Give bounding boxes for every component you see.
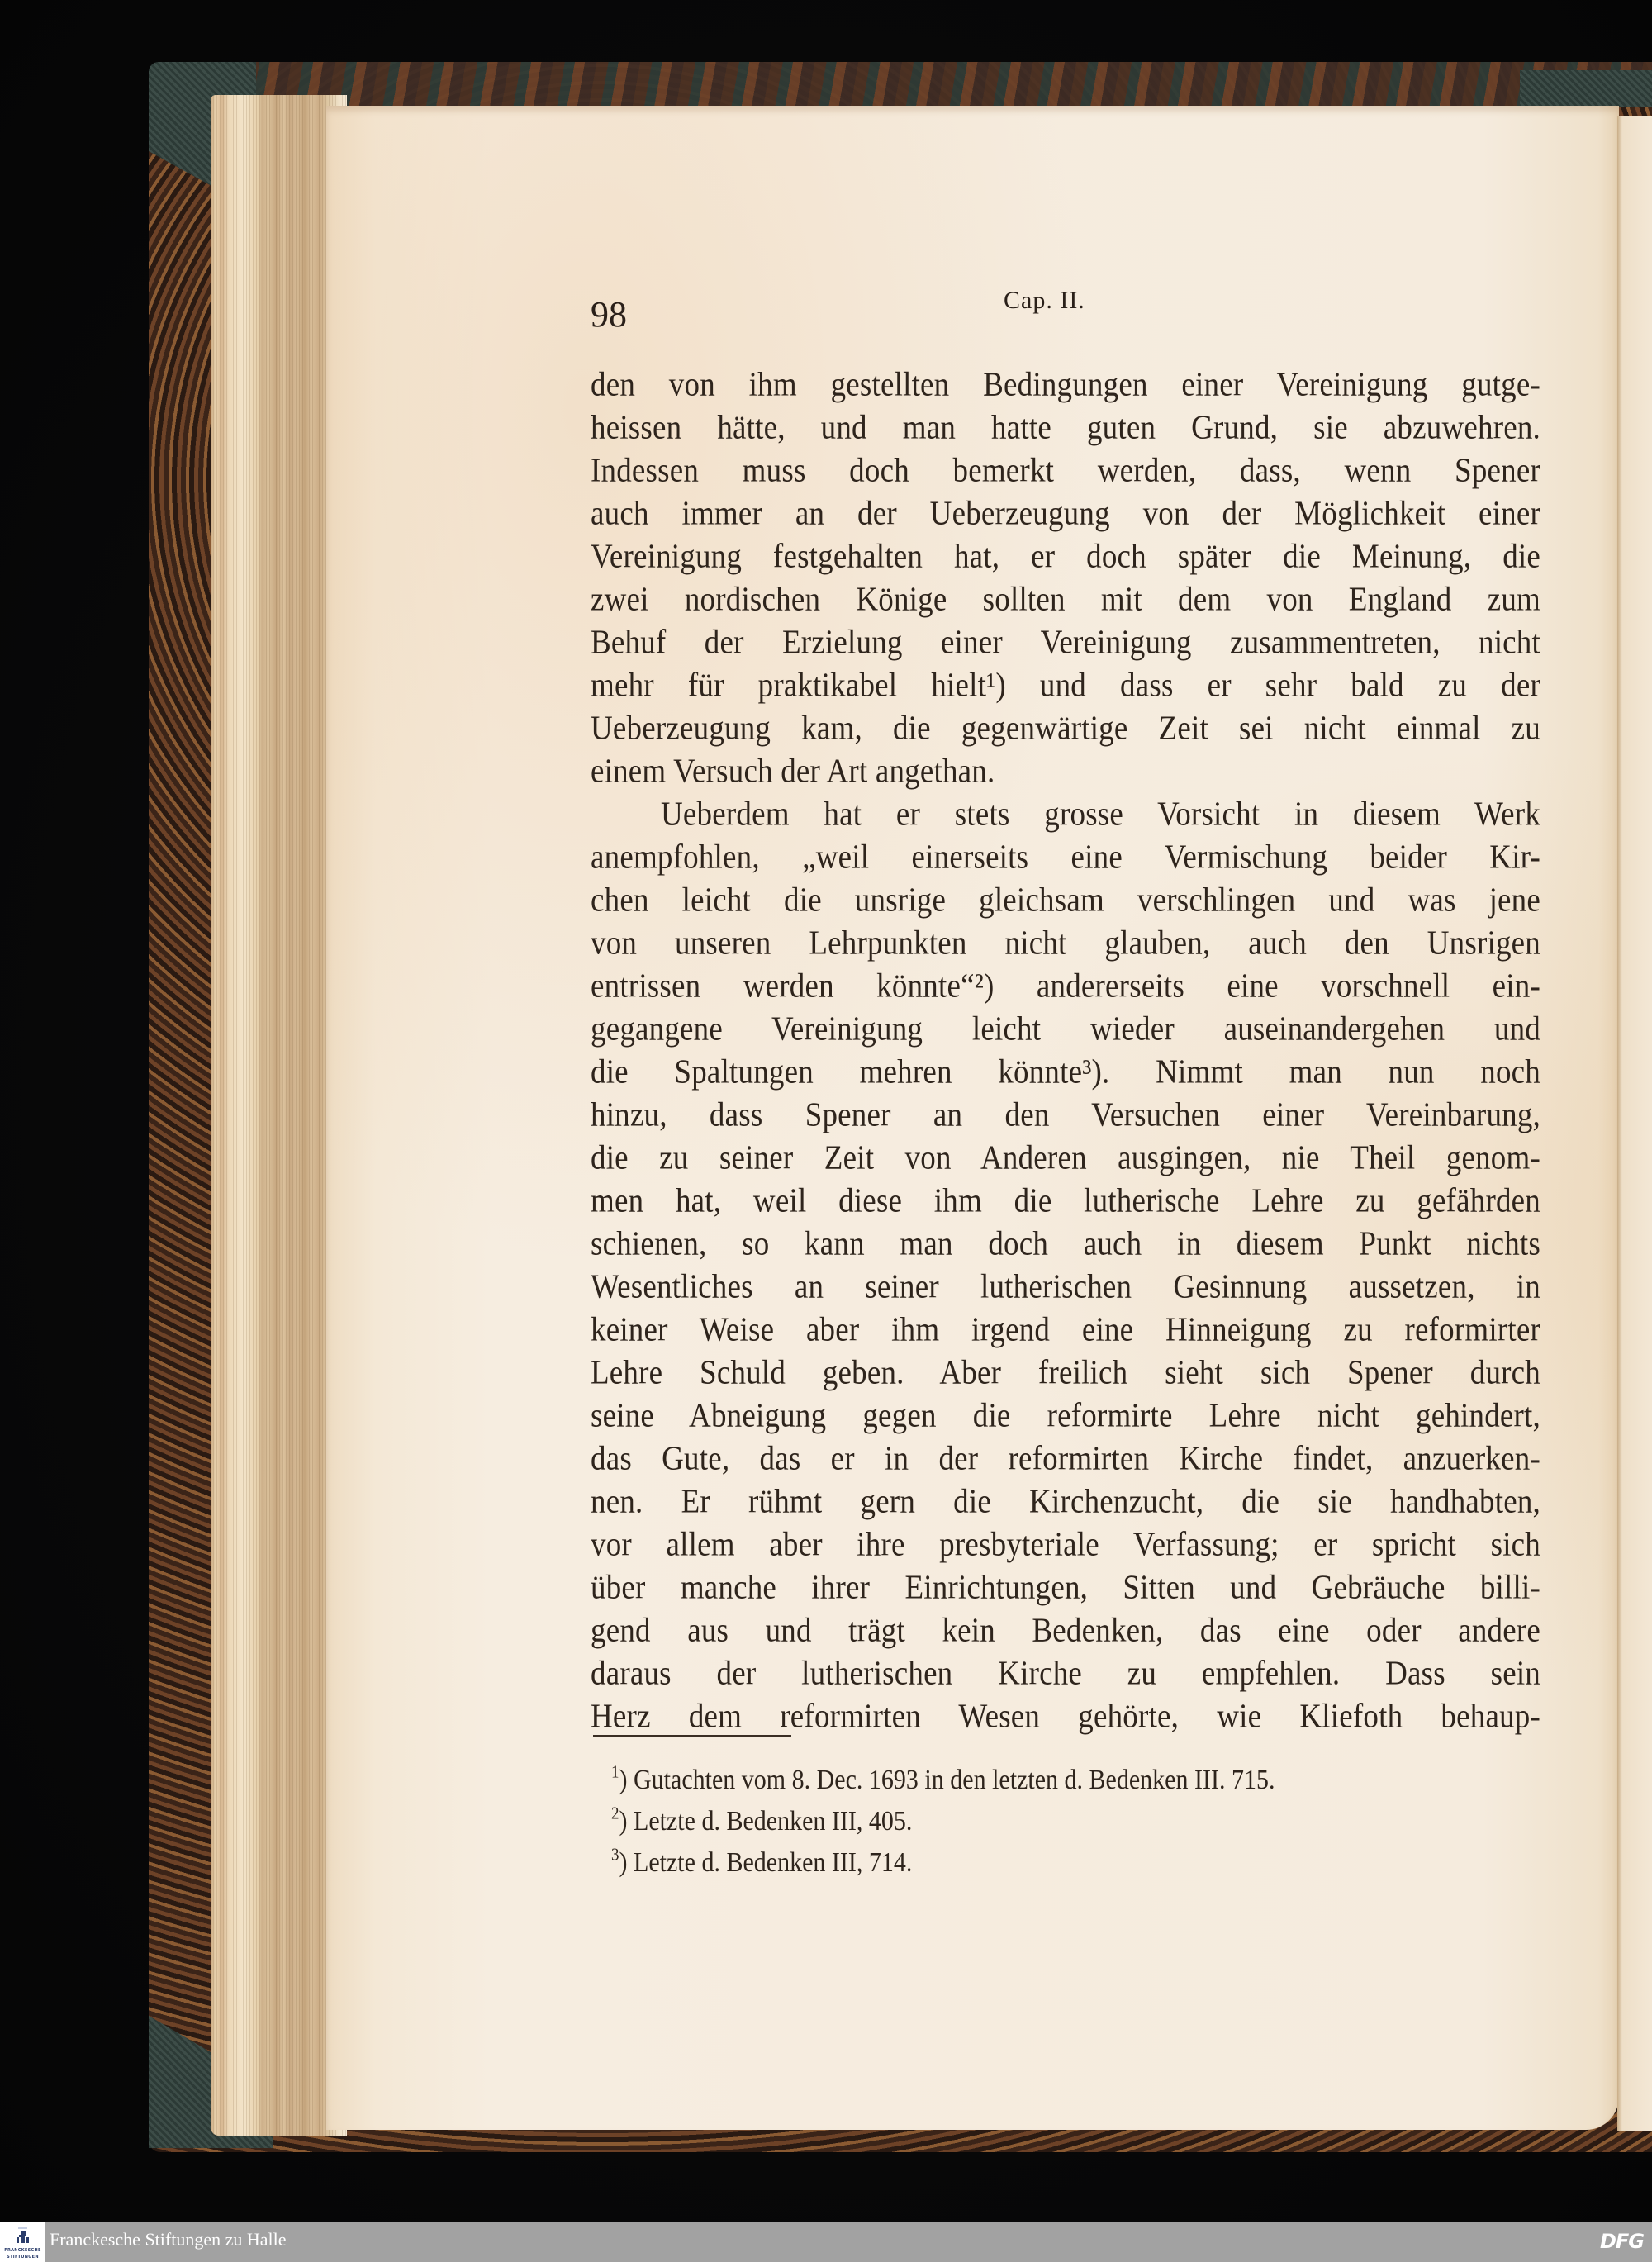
text-line: das Gute, das er in der reformirten Kirc…	[591, 1435, 1540, 1483]
footnote-text: Letzte d. Bedenken III, 405.	[634, 1806, 912, 1837]
text-line: schienen, so kann man doch auch in diese…	[591, 1220, 1540, 1268]
text-line: hinzu, dass Spener an den Versuchen eine…	[591, 1091, 1540, 1139]
text-line: die zu seiner Zeit von Anderen ausgingen…	[591, 1134, 1540, 1182]
text-line: seine Abneigung gegen die reformirte Leh…	[591, 1392, 1540, 1440]
institution-logo[interactable]: FRANCKESCHE STIFTUNGEN	[0, 2222, 45, 2262]
text-line: Herz dem reformirten Wesen gehörte, wie …	[591, 1693, 1540, 1741]
dfg-logo[interactable]: DFG	[1600, 2230, 1644, 2253]
running-head: 98 Cap. II.	[591, 293, 1540, 343]
text-line: Ueberzeugung kam, die gegenwärtige Zeit …	[591, 705, 1540, 753]
text-line: gend aus und trägt kein Bedenken, das ei…	[591, 1607, 1540, 1655]
text-line: keiner Weise aber ihm irgend eine Hinnei…	[591, 1306, 1540, 1354]
text-line: Lehre Schuld geben. Aber freilich sieht …	[591, 1349, 1540, 1397]
text-line: vor allem aber ihre presbyteriale Verfas…	[591, 1521, 1540, 1569]
footnote-mark: 1	[611, 1763, 619, 1783]
text-line: mehr für praktikabel hielt¹) und dass er…	[591, 662, 1540, 710]
footnote-mark: 2	[611, 1804, 619, 1824]
text-line: auch immer an der Ueberzeugung von der M…	[591, 490, 1540, 538]
text-line: Vereinigung festgehalten hat, er doch sp…	[591, 533, 1540, 581]
book-cover-top-edge	[248, 62, 1652, 107]
footnote-separator	[593, 1735, 791, 1737]
text-line: einem Versuch der Art angethan.	[591, 748, 1540, 796]
logo-text-line-1: FRANCKESCHE	[2, 2248, 44, 2253]
text-line: men hat, weil diese ihm die lutherische …	[591, 1177, 1540, 1225]
footnote-2: 2) Letzte d. Bedenken III, 405.	[611, 1799, 912, 1845]
text-line: den von ihm gestellten Bedingungen einer…	[591, 361, 1540, 409]
footnote-paren: )	[619, 1765, 634, 1795]
text-line: Behuf der Erzielung einer Vereinigung zu…	[591, 619, 1540, 667]
text-line: gegangene Vereinigung leicht wieder ause…	[591, 1005, 1540, 1053]
text-line: über manche ihrer Einrichtungen, Sitten …	[591, 1564, 1540, 1612]
text-line: anempfohlen, „weil einerseits eine Vermi…	[591, 834, 1540, 882]
scanned-book-image: 98 Cap. II. den von ihm gestellten Bedin…	[0, 0, 1652, 2222]
footnote-paren: )	[619, 1806, 634, 1837]
text-line: Ueberdem hat er stets grosse Vorsicht in…	[591, 791, 1540, 839]
text-line: von unseren Lehrpunkten nicht glauben, a…	[591, 920, 1540, 967]
text-line: chen leicht die unsrige gleichsam versch…	[591, 877, 1540, 924]
footnote-mark: 3	[611, 1846, 619, 1865]
text-line: zwei nordischen Könige sollten mit dem v…	[591, 576, 1540, 624]
footnote-text: Letzte d. Bedenken III, 714.	[634, 1847, 912, 1878]
institution-name: Franckesche Stiftungen zu Halle	[50, 2229, 287, 2250]
text-line: nen. Er rühmt gern die Kirchenzucht, die…	[591, 1478, 1540, 1526]
cloth-edge-top-right	[1520, 70, 1652, 107]
text-line: die Spaltungen mehren könnte³). Nimmt ma…	[591, 1048, 1540, 1096]
francke-statue-icon	[16, 2227, 30, 2244]
logo-text-line-2: STIFTUNGEN	[2, 2255, 44, 2260]
footnote-1: 1) Gutachten vom 8. Dec. 1693 in den let…	[611, 1757, 1275, 1803]
text-line: entrissen werden könnte“²) andererseits …	[591, 962, 1540, 1010]
footnote-3: 3) Letzte d. Bedenken III, 714.	[611, 1840, 912, 1886]
viewer-footer-bar: FRANCKESCHE STIFTUNGEN Franckesche Stift…	[0, 2222, 1652, 2262]
footnote-paren: )	[619, 1847, 634, 1878]
text-line: daraus der lutherischen Kirche zu empfeh…	[591, 1650, 1540, 1698]
text-line: heissen hätte, und man hatte guten Grund…	[591, 404, 1540, 452]
page-number: 98	[591, 293, 627, 335]
chapter-heading: Cap. II.	[1004, 287, 1085, 315]
text-line: Wesentliches an seiner lutherischen Gesi…	[591, 1263, 1540, 1311]
text-line: Indessen muss doch bemerkt werden, dass,…	[591, 447, 1540, 495]
next-page-edge	[1617, 116, 1652, 2131]
footnote-text: Gutachten vom 8. Dec. 1693 in den letzte…	[634, 1765, 1275, 1795]
